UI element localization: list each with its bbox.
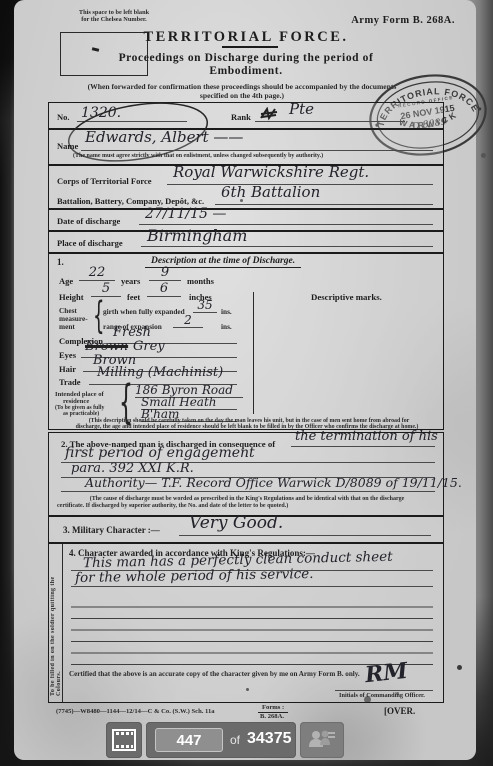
filmstrip-icon (112, 729, 136, 751)
trade-value: Milling (Machinist) (97, 365, 223, 380)
date-value: 27/11/15 — (145, 206, 226, 222)
over-label: [OVER. (384, 706, 415, 716)
sec3-label: 3. Military Character :— (63, 525, 160, 535)
chest-label-3: ment (59, 322, 75, 331)
signature-caption: Initials of Commanding Officer. (339, 692, 425, 699)
sec2-hw2: first period of engagement (65, 445, 255, 461)
page-navigation-bar: of 34375 (146, 722, 296, 758)
hair-label: Hair (59, 364, 76, 374)
eyes-value: Grey (133, 339, 165, 354)
sec2-hw1: the termination of his (295, 429, 438, 444)
residence-label-2: residence (63, 398, 89, 405)
printer-code: (7745)—W8480—1144—12/14—C & Co. (S.W.) S… (56, 708, 215, 715)
height-label: Height (59, 292, 84, 302)
sec4-line2 (71, 586, 433, 587)
rank-field-line (255, 121, 405, 122)
commanding-officer-signature: RM (364, 658, 409, 688)
battalion-value: 6th Battalion (221, 183, 320, 201)
name-value: Edwards, Albert —— (85, 128, 243, 146)
date-label: Date of discharge (57, 216, 120, 226)
place-of-discharge-box: Place of discharge Birmingham (48, 231, 444, 253)
subtitle-line1: Proceedings on Discharge during the peri… (48, 52, 444, 64)
forms-label: Forms : (258, 704, 288, 713)
service-number-value: 1320. (81, 105, 121, 121)
no-field-line (77, 121, 187, 122)
name-label: Name (57, 141, 78, 151)
chelsea-note-line2: for the Chelsea Number. (58, 16, 170, 23)
residence-label-4: as practicable) (63, 411, 99, 417)
eyes-struck-value: Brown (85, 339, 128, 354)
image-viewer: This space to be left blank for the Chel… (0, 0, 493, 766)
description-box: 1. Description at the time of Discharge.… (48, 253, 444, 430)
title-rule (222, 46, 278, 48)
girth-value: 35 (193, 298, 217, 313)
sec3-line (179, 535, 431, 536)
rank-value: Pte (289, 100, 314, 118)
description-column-divider (253, 292, 254, 414)
certified-statement: Certified that the above is an accurate … (69, 670, 360, 678)
page-number-input[interactable] (155, 728, 223, 752)
chest-brace: { (93, 294, 104, 338)
corps-value: Royal Warwickshire Regt. (173, 163, 369, 181)
corps-battalion-box: Corps of Territorial Force Royal Warwick… (48, 165, 444, 209)
of-label: of (230, 733, 240, 747)
feet-label: feet (127, 292, 140, 302)
years-label: years (121, 276, 140, 286)
age-years-value: 22 (79, 265, 115, 281)
signature-line (335, 690, 433, 691)
age-label: Age (59, 276, 73, 286)
range-ins-label: ins. (221, 322, 232, 331)
battalion-field-line (215, 204, 433, 205)
rank-scribble (259, 107, 285, 121)
page-title: TERRITORIAL FORCE. (48, 29, 444, 46)
corps-label: Corps of Territorial Force (57, 176, 152, 186)
range-value: 2 (173, 313, 203, 328)
place-value: Birmingham (147, 226, 247, 245)
name-field-line (81, 150, 433, 151)
sec2-footnote-line1: (The cause of discharge must be worded a… (63, 496, 431, 502)
months-label: months (187, 276, 214, 286)
filmstrip-button[interactable] (106, 722, 142, 758)
character-awarded-box: To be filled in on the soldier quitting … (48, 543, 444, 703)
chelsea-note-line1: This space to be left blank (58, 9, 170, 16)
index-panel-button[interactable] (300, 722, 344, 758)
rank-label: Rank (231, 112, 251, 122)
margin-note: To be filled in on the soldier quitting … (50, 552, 62, 696)
eyes-label: Eyes (59, 350, 76, 360)
descriptive-marks-label: Descriptive marks. (311, 292, 382, 302)
age-months-value: 9 (149, 265, 181, 281)
sec2-line4 (61, 491, 435, 492)
place-label: Place of discharge (57, 238, 123, 248)
girth-ins-label: ins. (221, 307, 232, 316)
military-character-box: 3. Military Character :— Very Good. (48, 516, 444, 543)
no-label: No. (57, 112, 70, 122)
blank-ruled-lines (71, 596, 433, 666)
form-number: Army Form B. 268A. (351, 15, 455, 26)
people-icon (308, 729, 336, 751)
battalion-label: Battalion, Battery, Company, Depôt, &c. (57, 196, 204, 206)
desc-section-number: 1. (57, 257, 64, 267)
discharge-cause-box: 2. The above-named man is discharged in … (48, 432, 444, 516)
trade-label: Trade (59, 377, 81, 387)
subtitle-line2: Embodiment. (48, 65, 444, 77)
name-box: Name Edwards, Albert —— (The name must a… (48, 129, 444, 165)
residence-label-1: Intended place of (55, 391, 104, 398)
name-note: (The name must agree strictly with that … (73, 153, 323, 159)
sec2-footnote-line2: certificate. If discharged by superior a… (57, 503, 437, 509)
chelsea-note: This space to be left blank for the Chel… (58, 9, 170, 23)
sec2-hw4: Authority— T.F. Record Office Warwick D/… (85, 475, 462, 490)
place-field-line (141, 246, 433, 247)
sec4-hw2: for the whole period of his service. (75, 566, 314, 586)
number-rank-box: No. 1320. Rank Pte (48, 102, 444, 129)
forms-value: B. 268A. (260, 713, 284, 720)
complexion-value: Fresh (113, 325, 151, 340)
military-character-value: Very Good. (189, 513, 283, 533)
margin-divider (62, 544, 63, 702)
sec2-line1 (291, 446, 435, 447)
date-field-line (139, 224, 433, 225)
page-total: 34375 (247, 730, 292, 748)
height-inches-value: 6 (147, 281, 181, 297)
sec2-hw3: para. 392 XXI K.R. (71, 461, 194, 476)
